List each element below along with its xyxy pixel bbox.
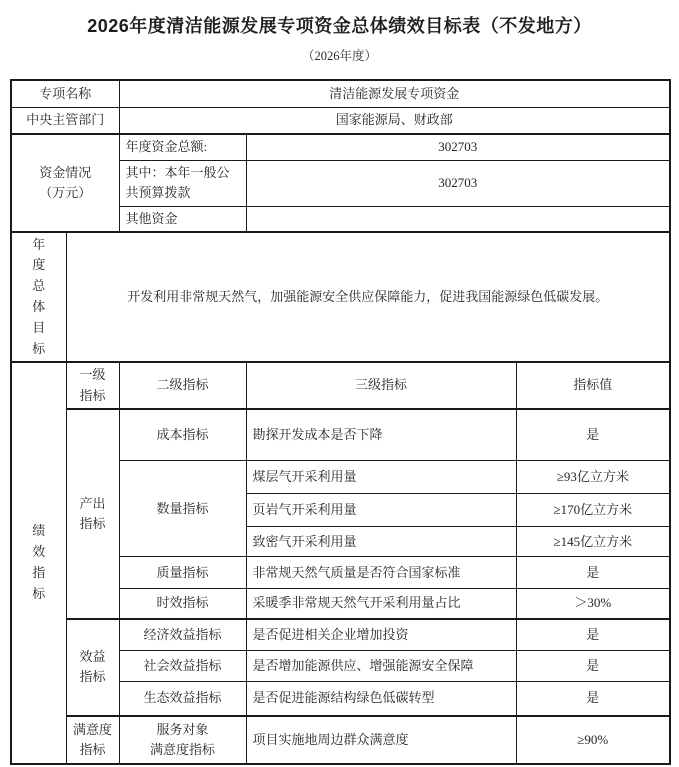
- spec-name-value: 清洁能源发展专项资金: [119, 80, 670, 107]
- level3-cell: 是否促进相关企业增加投资: [246, 619, 516, 651]
- page-subtitle: （2026年度）: [0, 39, 679, 64]
- perf-section-label-text: 绩效指标: [31, 521, 46, 604]
- level2-cell: 社会效益指标: [119, 651, 246, 682]
- funding-other-value: [246, 206, 670, 232]
- level3-cell: 是否增加能源供应、增强能源安全保障: [246, 651, 516, 682]
- indicator-value-cell: ≥145亿立方米: [516, 527, 670, 557]
- indicator-value-cell: ≥93亿立方米: [516, 461, 670, 494]
- perf-row: 产出 指标 成本指标 勘探开发成本是否下降 是: [11, 409, 670, 461]
- level3-cell: 是否促进能源结构绿色低碳转型: [246, 682, 516, 716]
- annual-goal-content: 开发利用非常规天然气，加强能源安全供应保障能力，促进我国能源绿色低碳发展。: [66, 232, 670, 363]
- funding-budget-label: 其中：本年一般公共预算拨款: [119, 160, 246, 206]
- indicator-value-cell: 是: [516, 619, 670, 651]
- level3-cell: 项目实施地周边群众满意度: [246, 716, 516, 764]
- level3-cell: 致密气开采利用量: [246, 527, 516, 557]
- central-dept-row: 中央主管部门 国家能源局、财政部: [11, 107, 670, 134]
- header-level1: 一级 指标: [66, 362, 119, 408]
- level2-cell: 时效指标: [119, 589, 246, 619]
- header-value: 指标值: [516, 362, 670, 408]
- page-title: 2026年度清洁能源发展专项资金总体绩效目标表（不发地方）: [0, 0, 679, 39]
- perf-section-label: 绩效指标: [11, 362, 66, 763]
- level1-cell-satisfaction: 满意度 指标: [66, 716, 119, 764]
- spec-name-label: 专项名称: [11, 80, 119, 107]
- funding-section-label: 资金情况 （万元）: [11, 134, 119, 232]
- indicator-value-cell: 是: [516, 682, 670, 716]
- central-dept-value: 国家能源局、财政部: [119, 107, 670, 134]
- level2-cell: 服务对象 满意度指标: [119, 716, 246, 764]
- header-level3: 三级指标: [246, 362, 516, 408]
- performance-target-table: 专项名称 清洁能源发展专项资金 中央主管部门 国家能源局、财政部 资金情况 （万…: [10, 79, 671, 765]
- annual-goal-label: 年度总体目标: [11, 232, 66, 363]
- level2-cell: 数量指标: [119, 461, 246, 557]
- indicator-value-cell: ＞30%: [516, 589, 670, 619]
- level1-cell-output: 产出 指标: [66, 409, 119, 619]
- central-dept-label: 中央主管部门: [11, 107, 119, 134]
- funding-budget-value: 302703: [246, 160, 670, 206]
- annual-goal-label-text: 年度总体目标: [31, 235, 46, 360]
- level3-cell: 煤层气开采利用量: [246, 461, 516, 494]
- level3-cell: 勘探开发成本是否下降: [246, 409, 516, 461]
- indicator-value-cell: 是: [516, 557, 670, 589]
- indicator-value-cell: ≥90%: [516, 716, 670, 764]
- document-page: 2026年度清洁能源发展专项资金总体绩效目标表（不发地方） （2026年度） 专…: [0, 0, 679, 767]
- level2-cell: 质量指标: [119, 557, 246, 589]
- level3-cell: 非常规天然气质量是否符合国家标准: [246, 557, 516, 589]
- perf-header-row: 绩效指标 一级 指标 二级指标 三级指标 指标值: [11, 362, 670, 408]
- level1-cell-benefit: 效益 指标: [66, 619, 119, 716]
- funding-other-label: 其他资金: [119, 206, 246, 232]
- level3-cell: 采暖季非常规天然气开采利用量占比: [246, 589, 516, 619]
- annual-goal-row: 年度总体目标 开发利用非常规天然气，加强能源安全供应保障能力，促进我国能源绿色低…: [11, 232, 670, 363]
- header-level2: 二级指标: [119, 362, 246, 408]
- indicator-value-cell: 是: [516, 651, 670, 682]
- perf-row: 效益 指标 经济效益指标 是否促进相关企业增加投资 是: [11, 619, 670, 651]
- funding-total-value: 302703: [246, 134, 670, 160]
- indicator-value-cell: 是: [516, 409, 670, 461]
- level3-cell: 页岩气开采利用量: [246, 494, 516, 527]
- perf-row: 满意度 指标 服务对象 满意度指标 项目实施地周边群众满意度 ≥90%: [11, 716, 670, 764]
- funding-row-total: 资金情况 （万元） 年度资金总额: 302703: [11, 134, 670, 160]
- level2-cell: 生态效益指标: [119, 682, 246, 716]
- indicator-value-cell: ≥170亿立方米: [516, 494, 670, 527]
- funding-total-label: 年度资金总额:: [119, 134, 246, 160]
- spec-name-row: 专项名称 清洁能源发展专项资金: [11, 80, 670, 107]
- level2-cell: 经济效益指标: [119, 619, 246, 651]
- level2-cell: 成本指标: [119, 409, 246, 461]
